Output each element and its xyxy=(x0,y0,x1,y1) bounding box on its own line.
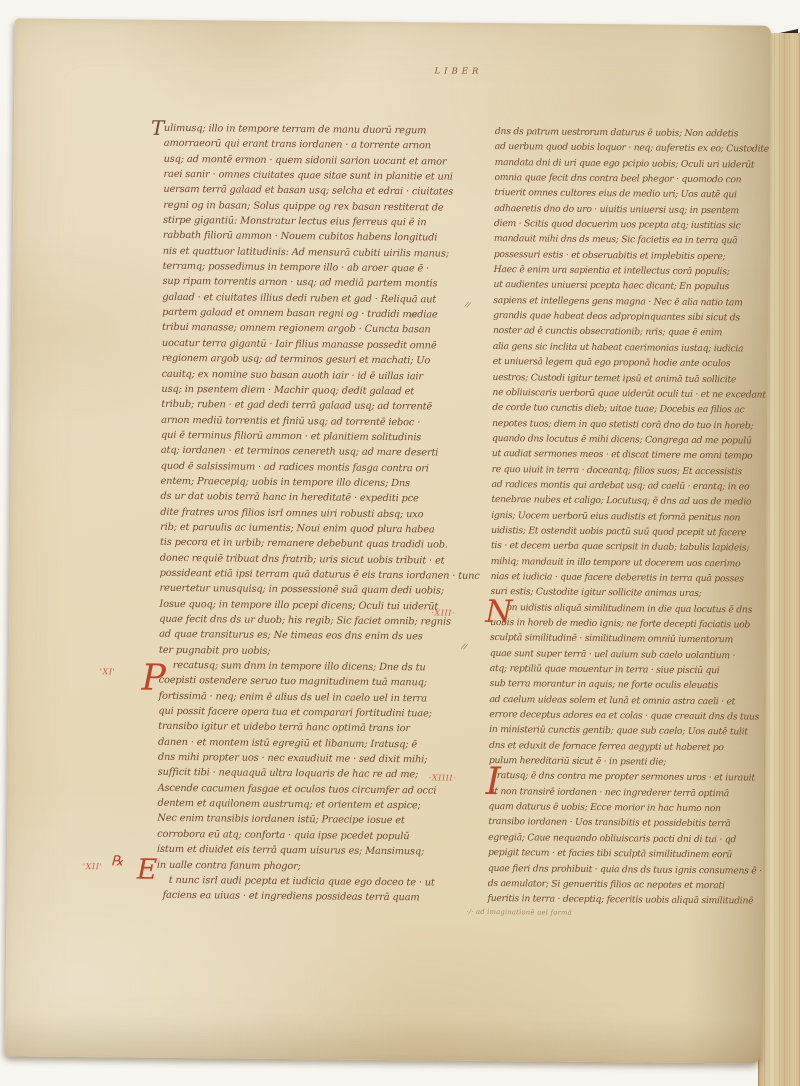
chapter-number-xiiii: ·XIIII· xyxy=(429,773,457,782)
text-column-left: ulimusq; illo in tempore terram de manu … xyxy=(157,121,460,906)
manuscript-photo: LIBER ulimusq; illo in tempore terram de… xyxy=(0,0,800,1086)
chapter-number-xiii: ·XIII· xyxy=(431,608,455,617)
parchment-page: LIBER ulimusq; illo in tempore terram de… xyxy=(5,18,771,1063)
correction-mark: // xyxy=(461,642,468,651)
initial-N-rubric: N xyxy=(485,597,512,628)
correction-mark: // xyxy=(464,300,471,309)
chapter-number-xii: 'XII' xyxy=(83,862,103,871)
manuscript-text-line: pepigit tecum · et facies tibi sculptā s… xyxy=(488,845,756,863)
manuscript-text-line: faciens ea uiuas · et ingrediens posside… xyxy=(157,888,453,906)
initial-T: T xyxy=(151,118,165,138)
text-column-right: dns ds patrum uestrorum daturus ē uobis;… xyxy=(487,124,762,909)
chapter-number-xi: 'XI' xyxy=(100,667,116,676)
manuscript-text-line: fueritis in terra · deceptiq; feceritis … xyxy=(487,891,755,909)
initial-I-rubric: I xyxy=(486,762,501,800)
running-title: LIBER xyxy=(434,66,482,76)
marginal-gloss: ·/· ad imaginationē uel formā xyxy=(466,908,571,917)
superscript-correction: di xyxy=(410,311,416,319)
initial-E-rubric: E xyxy=(137,856,158,884)
paraph-mark-icon: ℞ xyxy=(111,853,124,869)
initial-P-rubric: P xyxy=(141,661,166,697)
